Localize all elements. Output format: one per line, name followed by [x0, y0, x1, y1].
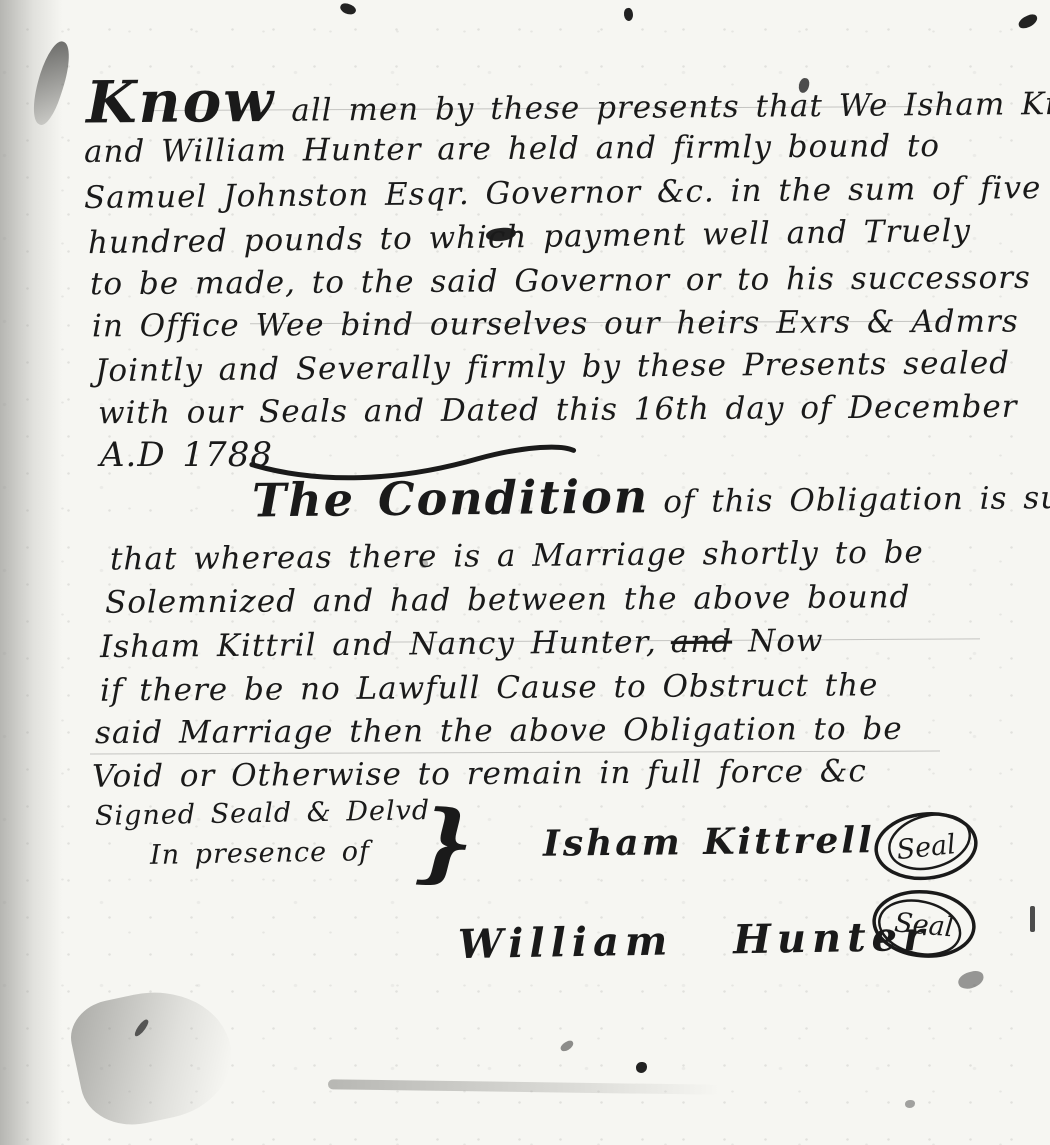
wax-seal-scribble-1: Seal [868, 802, 985, 889]
ink-speckle [1017, 12, 1040, 30]
opening-line-3: Samuel Johnston Esqr. Governor &c. in th… [84, 172, 1042, 215]
ink-speckle [339, 1, 358, 17]
opening-line-8: with our Seals and Dated this 16th day o… [98, 391, 1018, 430]
ink-speckle [956, 969, 985, 991]
struck-out-word: and [671, 624, 733, 661]
attestation-brace: } [415, 791, 476, 895]
opening-line-7: Jointly and Severally firmly by these Pr… [95, 347, 1010, 388]
condition-line-6: said Marriage then the above Obligation … [95, 713, 903, 750]
seal-label-1: Seal [895, 829, 957, 866]
paper-bottom-tear [64, 977, 242, 1134]
signature-isham-kittrell: Isham Kittrell [543, 822, 875, 863]
condition-names-line: Isham Kittril and Nancy Hunter,andNow [100, 625, 824, 664]
signature-william-hunter: William Hunter [458, 916, 931, 966]
condition-line-2: that whereas there is a Marriage shortly… [110, 536, 924, 576]
ink-speckle [623, 7, 634, 21]
paper-left-edge-shadow [0, 0, 80, 1145]
ink-speckle [905, 1100, 915, 1108]
opening-line-6: in Office Wee bind ourselves our heirs E… [92, 306, 1019, 343]
ink-speckle [636, 1062, 647, 1073]
scanned-marriage-bond-document: Knowall men by these presents that We Is… [0, 0, 1050, 1145]
ink-speckle [559, 1039, 575, 1053]
condition-line-7: Void or Otherwise to remain in full forc… [92, 755, 867, 793]
condition-line-1-text: of this Obligation is such [663, 480, 1050, 521]
bottom-smudge-artifact [328, 1079, 720, 1094]
opening-line-5: to be made, to the said Governor or to h… [90, 262, 1031, 301]
opening-line-1-text: all men by these presents that We Isham … [291, 85, 1050, 128]
opening-lead-word: Know [86, 67, 276, 137]
attestation-line-1: Signed Seald & Delvd [95, 797, 431, 831]
condition-line-3: Solemnized and had between the above bou… [105, 581, 911, 619]
opening-line-2: and William Hunter are held and firmly b… [84, 130, 940, 169]
opening-line-4: hundred pounds to which payment well and… [88, 215, 971, 260]
condition-line-1: The Conditionof this Obligation is such [252, 468, 1050, 525]
names-line-end: Now [748, 623, 824, 660]
opening-line-1: Knowall men by these presents that We Is… [86, 63, 1050, 133]
names-line-text: Isham Kittril and Nancy Hunter, [100, 624, 657, 665]
edge-mark [1030, 906, 1035, 932]
attestation-line-2: In presence of [150, 838, 370, 870]
condition-line-5: if there be no Lawfull Cause to Obstruct… [100, 669, 879, 707]
condition-lead-words: The Condition [252, 469, 650, 527]
